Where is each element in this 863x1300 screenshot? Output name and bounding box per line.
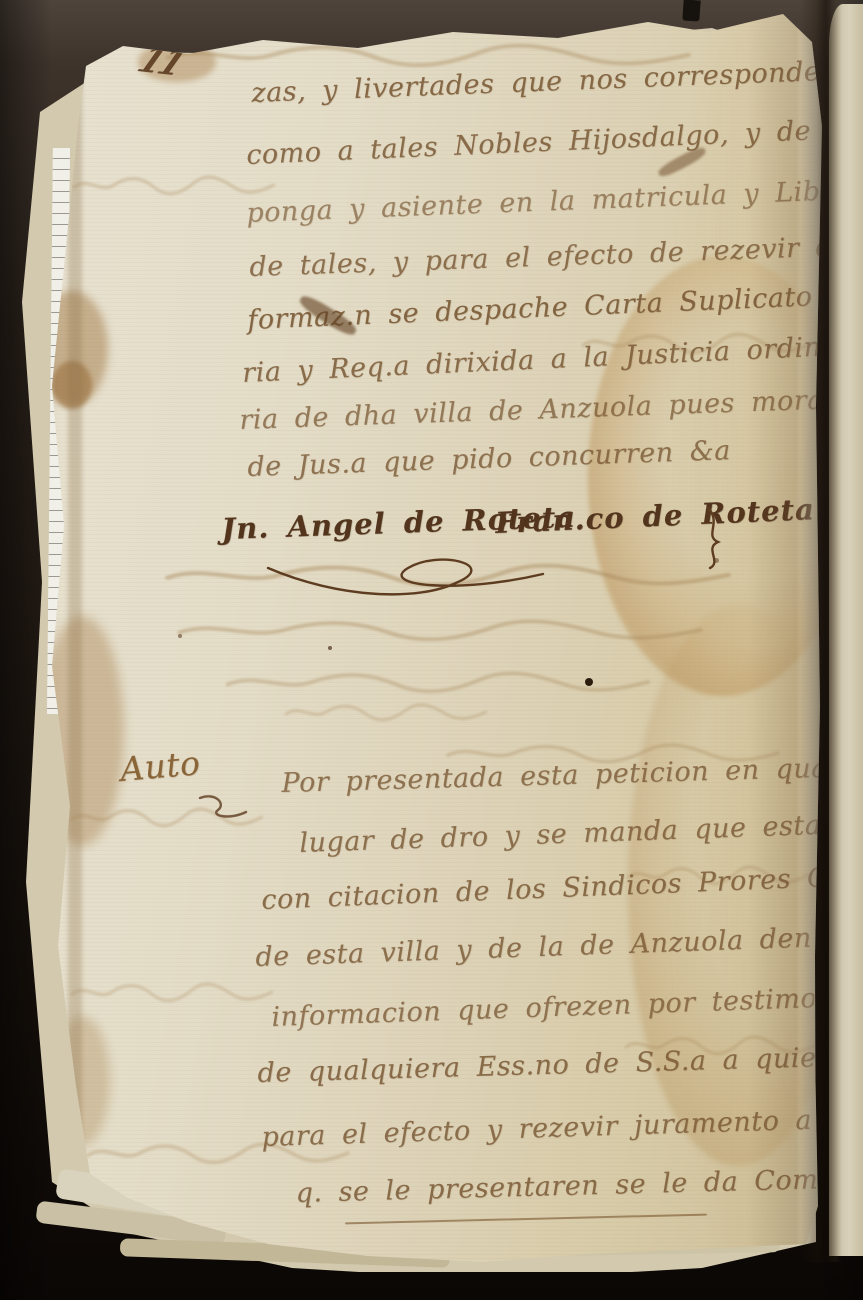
page-curl-shading [28, 6, 828, 1268]
manuscript-page: 11 zas, y livertades que nos corresponde… [28, 6, 828, 1268]
binding-tab [682, 0, 700, 22]
gutter-shadow [800, 0, 842, 1262]
photographed-manuscript-scene: 11 zas, y livertades que nos corresponde… [0, 0, 863, 1300]
